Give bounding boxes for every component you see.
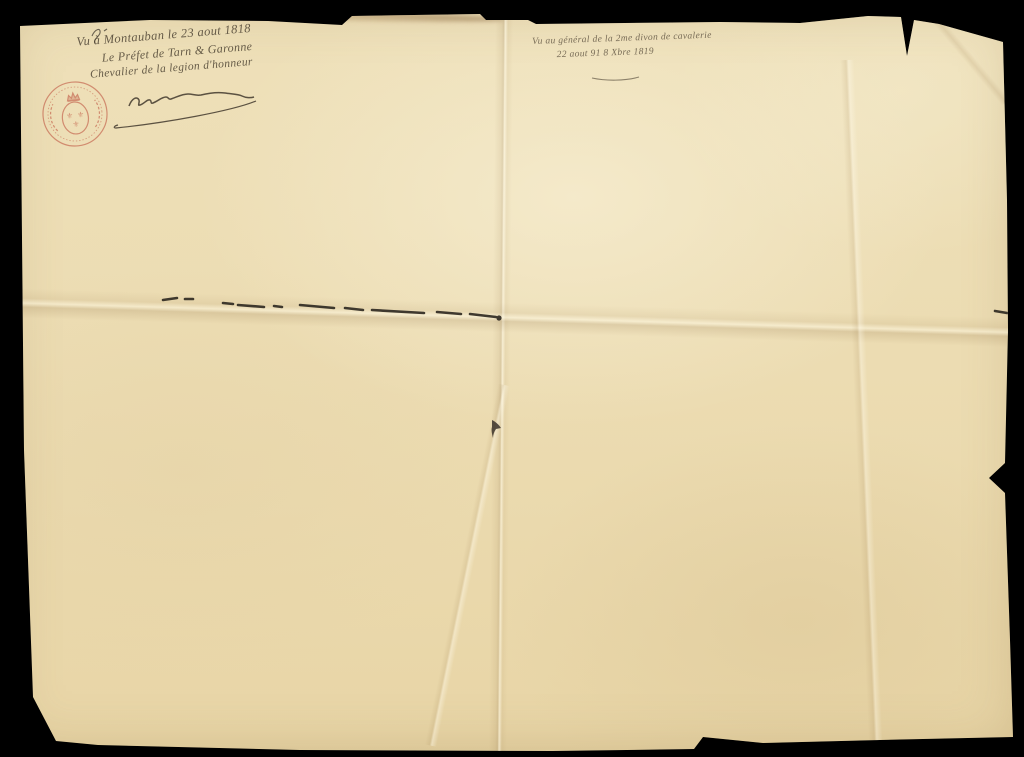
- wreath-right: [93, 100, 101, 127]
- fleur-de-lis-glyph: ⚜: [66, 111, 74, 121]
- fleur-de-lis-glyph: ⚜: [77, 110, 85, 120]
- fold-crease-corner: [931, 15, 1009, 106]
- ink-and-stamp-overlay: ⚜ ⚜ ⚜: [0, 0, 1024, 757]
- fold-crease-horizontal: [18, 288, 1010, 347]
- wreath-left: [49, 104, 57, 131]
- date-underline: [592, 77, 639, 80]
- prefecture-stamp: ⚜ ⚜ ⚜: [40, 79, 110, 149]
- stamp-outer-ring: [40, 79, 110, 149]
- royal-shield: [61, 101, 90, 136]
- inscription-line: 22 aout 91 8 Xbre 1819: [556, 45, 712, 60]
- fold-ink-stain: [0, 0, 505, 25]
- left-inscription: Vu à Montauban le 23 aout 1818 Le Préfet…: [60, 21, 254, 83]
- paper-sheet: ⚜ ⚜ ⚜ Vu à Montau: [0, 0, 1024, 757]
- fold-crease-right: [840, 60, 883, 755]
- stamp-letter-ring: [45, 84, 104, 143]
- signature-flourish: [114, 93, 256, 128]
- fold-crease-vertical: [489, 14, 513, 754]
- fold-crease-diagonal-left: [425, 384, 510, 747]
- scan-background: ⚜ ⚜ ⚜ Vu à Montau: [0, 0, 1024, 757]
- right-inscription: Vu au général de la 2me divon de cavaler…: [532, 31, 712, 61]
- crown-icon: [67, 92, 80, 101]
- ink-blot: [492, 420, 501, 438]
- ink-smudge-dashes: [163, 298, 1007, 321]
- fleur-de-lis-glyph: ⚜: [72, 120, 80, 130]
- inscription-line: Vu au général de la 2me divon de cavaler…: [532, 31, 712, 47]
